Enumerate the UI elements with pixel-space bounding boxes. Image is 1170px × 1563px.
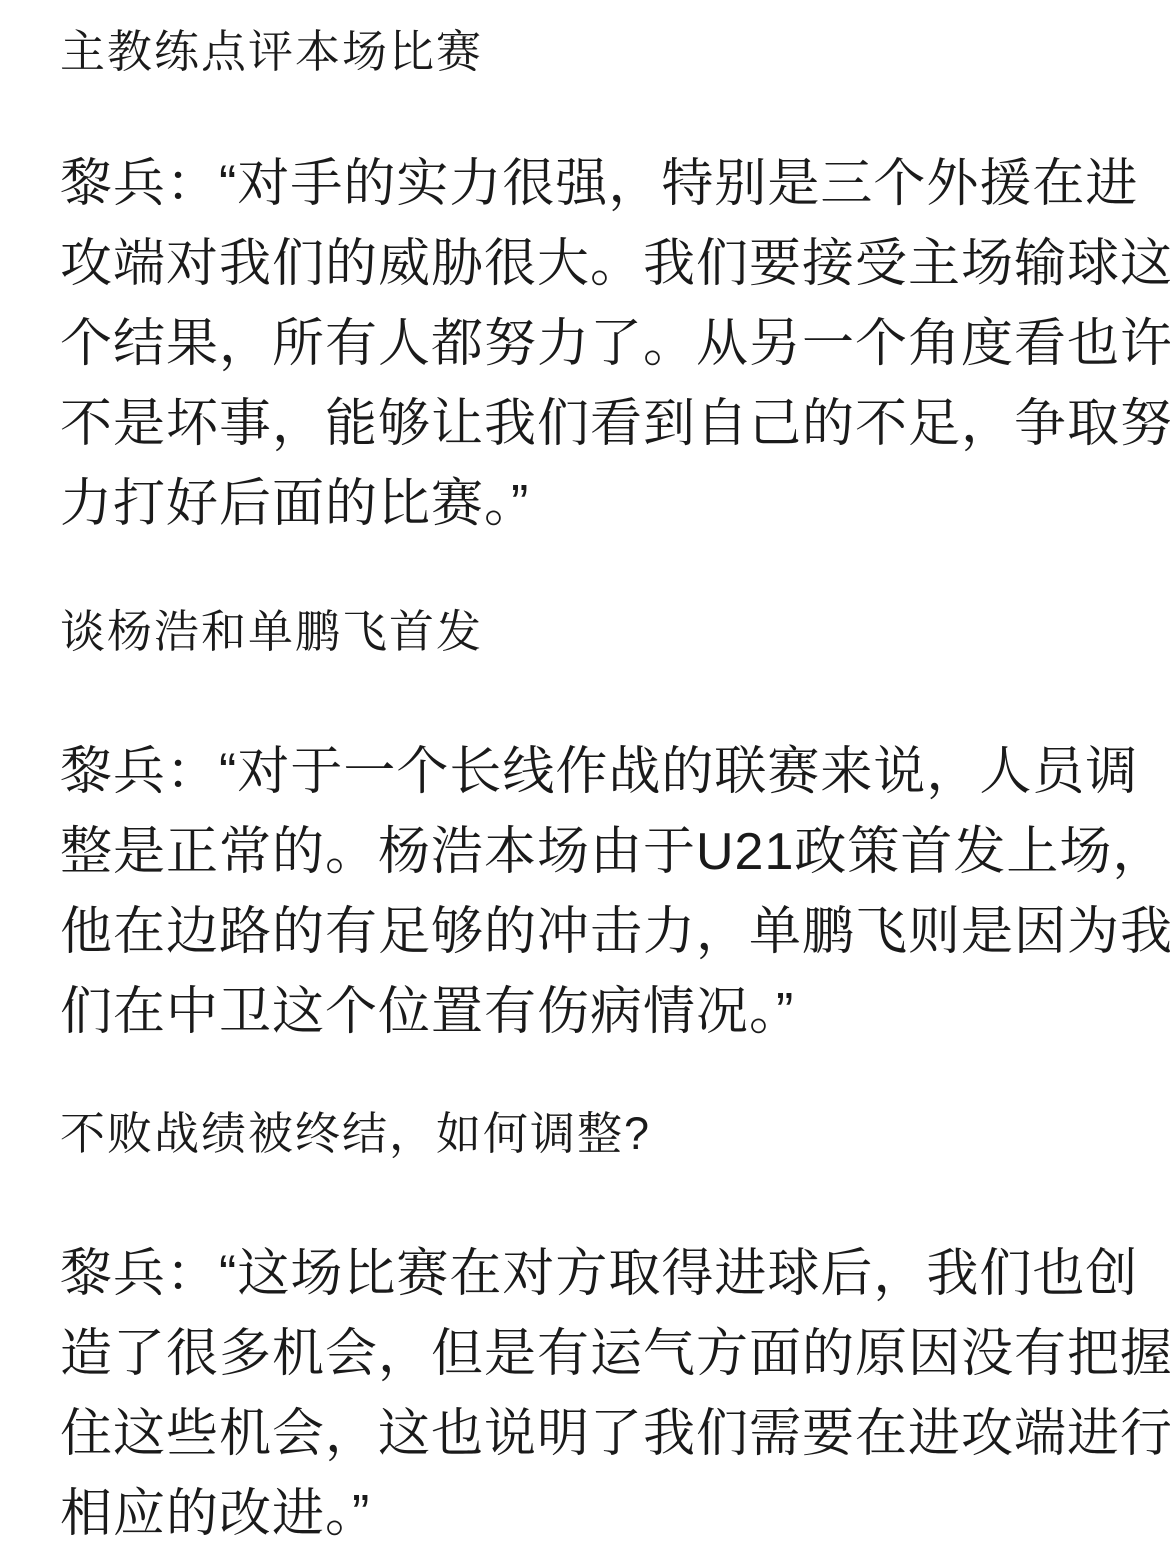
paragraph-line: 黎兵：“对于一个长线作战的联赛来说，人员调 [60, 732, 1120, 812]
section-heading-match-review: 主教练点评本场比赛 [60, 22, 1120, 82]
paragraph-line: 相应的改进。” [60, 1474, 1120, 1554]
paragraph-line: 黎兵：“对手的实力很强，特别是三个外援在进 [60, 144, 1120, 224]
paragraph-line: 攻端对我们的威胁很大。我们要接受主场输球这 [60, 224, 1120, 304]
paragraph-match-review: 黎兵：“对手的实力很强，特别是三个外援在进 攻端对我们的威胁很大。我们要接受主场… [60, 144, 1120, 544]
paragraph-line: 力打好后面的比赛。” [60, 464, 1120, 544]
paragraph-line: 不是坏事，能够让我们看到自己的不足，争取努 [60, 384, 1120, 464]
section-heading-unbeaten-run-ended: 不败战绩被终结，如何调整? [60, 1104, 1120, 1164]
paragraph-line: 造了很多机会，但是有运气方面的原因没有把握 [60, 1314, 1120, 1394]
paragraph-line: 他在边路的有足够的冲击力，单鹏飞则是因为我 [60, 892, 1120, 972]
paragraph-line: 整是正常的。杨浩本场由于U21政策首发上场， [60, 812, 1120, 892]
paragraph-starters: 黎兵：“对于一个长线作战的联赛来说，人员调 整是正常的。杨浩本场由于U21政策首… [60, 732, 1120, 1052]
section-heading-starters: 谈杨浩和单鹏飞首发 [60, 602, 1120, 662]
paragraph-line: 住这些机会，这也说明了我们需要在进攻端进行 [60, 1394, 1120, 1474]
paragraph-line: 们在中卫这个位置有伤病情况。” [60, 972, 1120, 1052]
paragraph-line: 黎兵：“这场比赛在对方取得进球后，我们也创 [60, 1234, 1120, 1314]
article-page: 主教练点评本场比赛 黎兵：“对手的实力很强，特别是三个外援在进 攻端对我们的威胁… [0, 0, 1170, 1563]
paragraph-adjustment: 黎兵：“这场比赛在对方取得进球后，我们也创 造了很多机会，但是有运气方面的原因没… [60, 1234, 1120, 1554]
paragraph-line: 个结果，所有人都努力了。从另一个角度看也许 [60, 304, 1120, 384]
